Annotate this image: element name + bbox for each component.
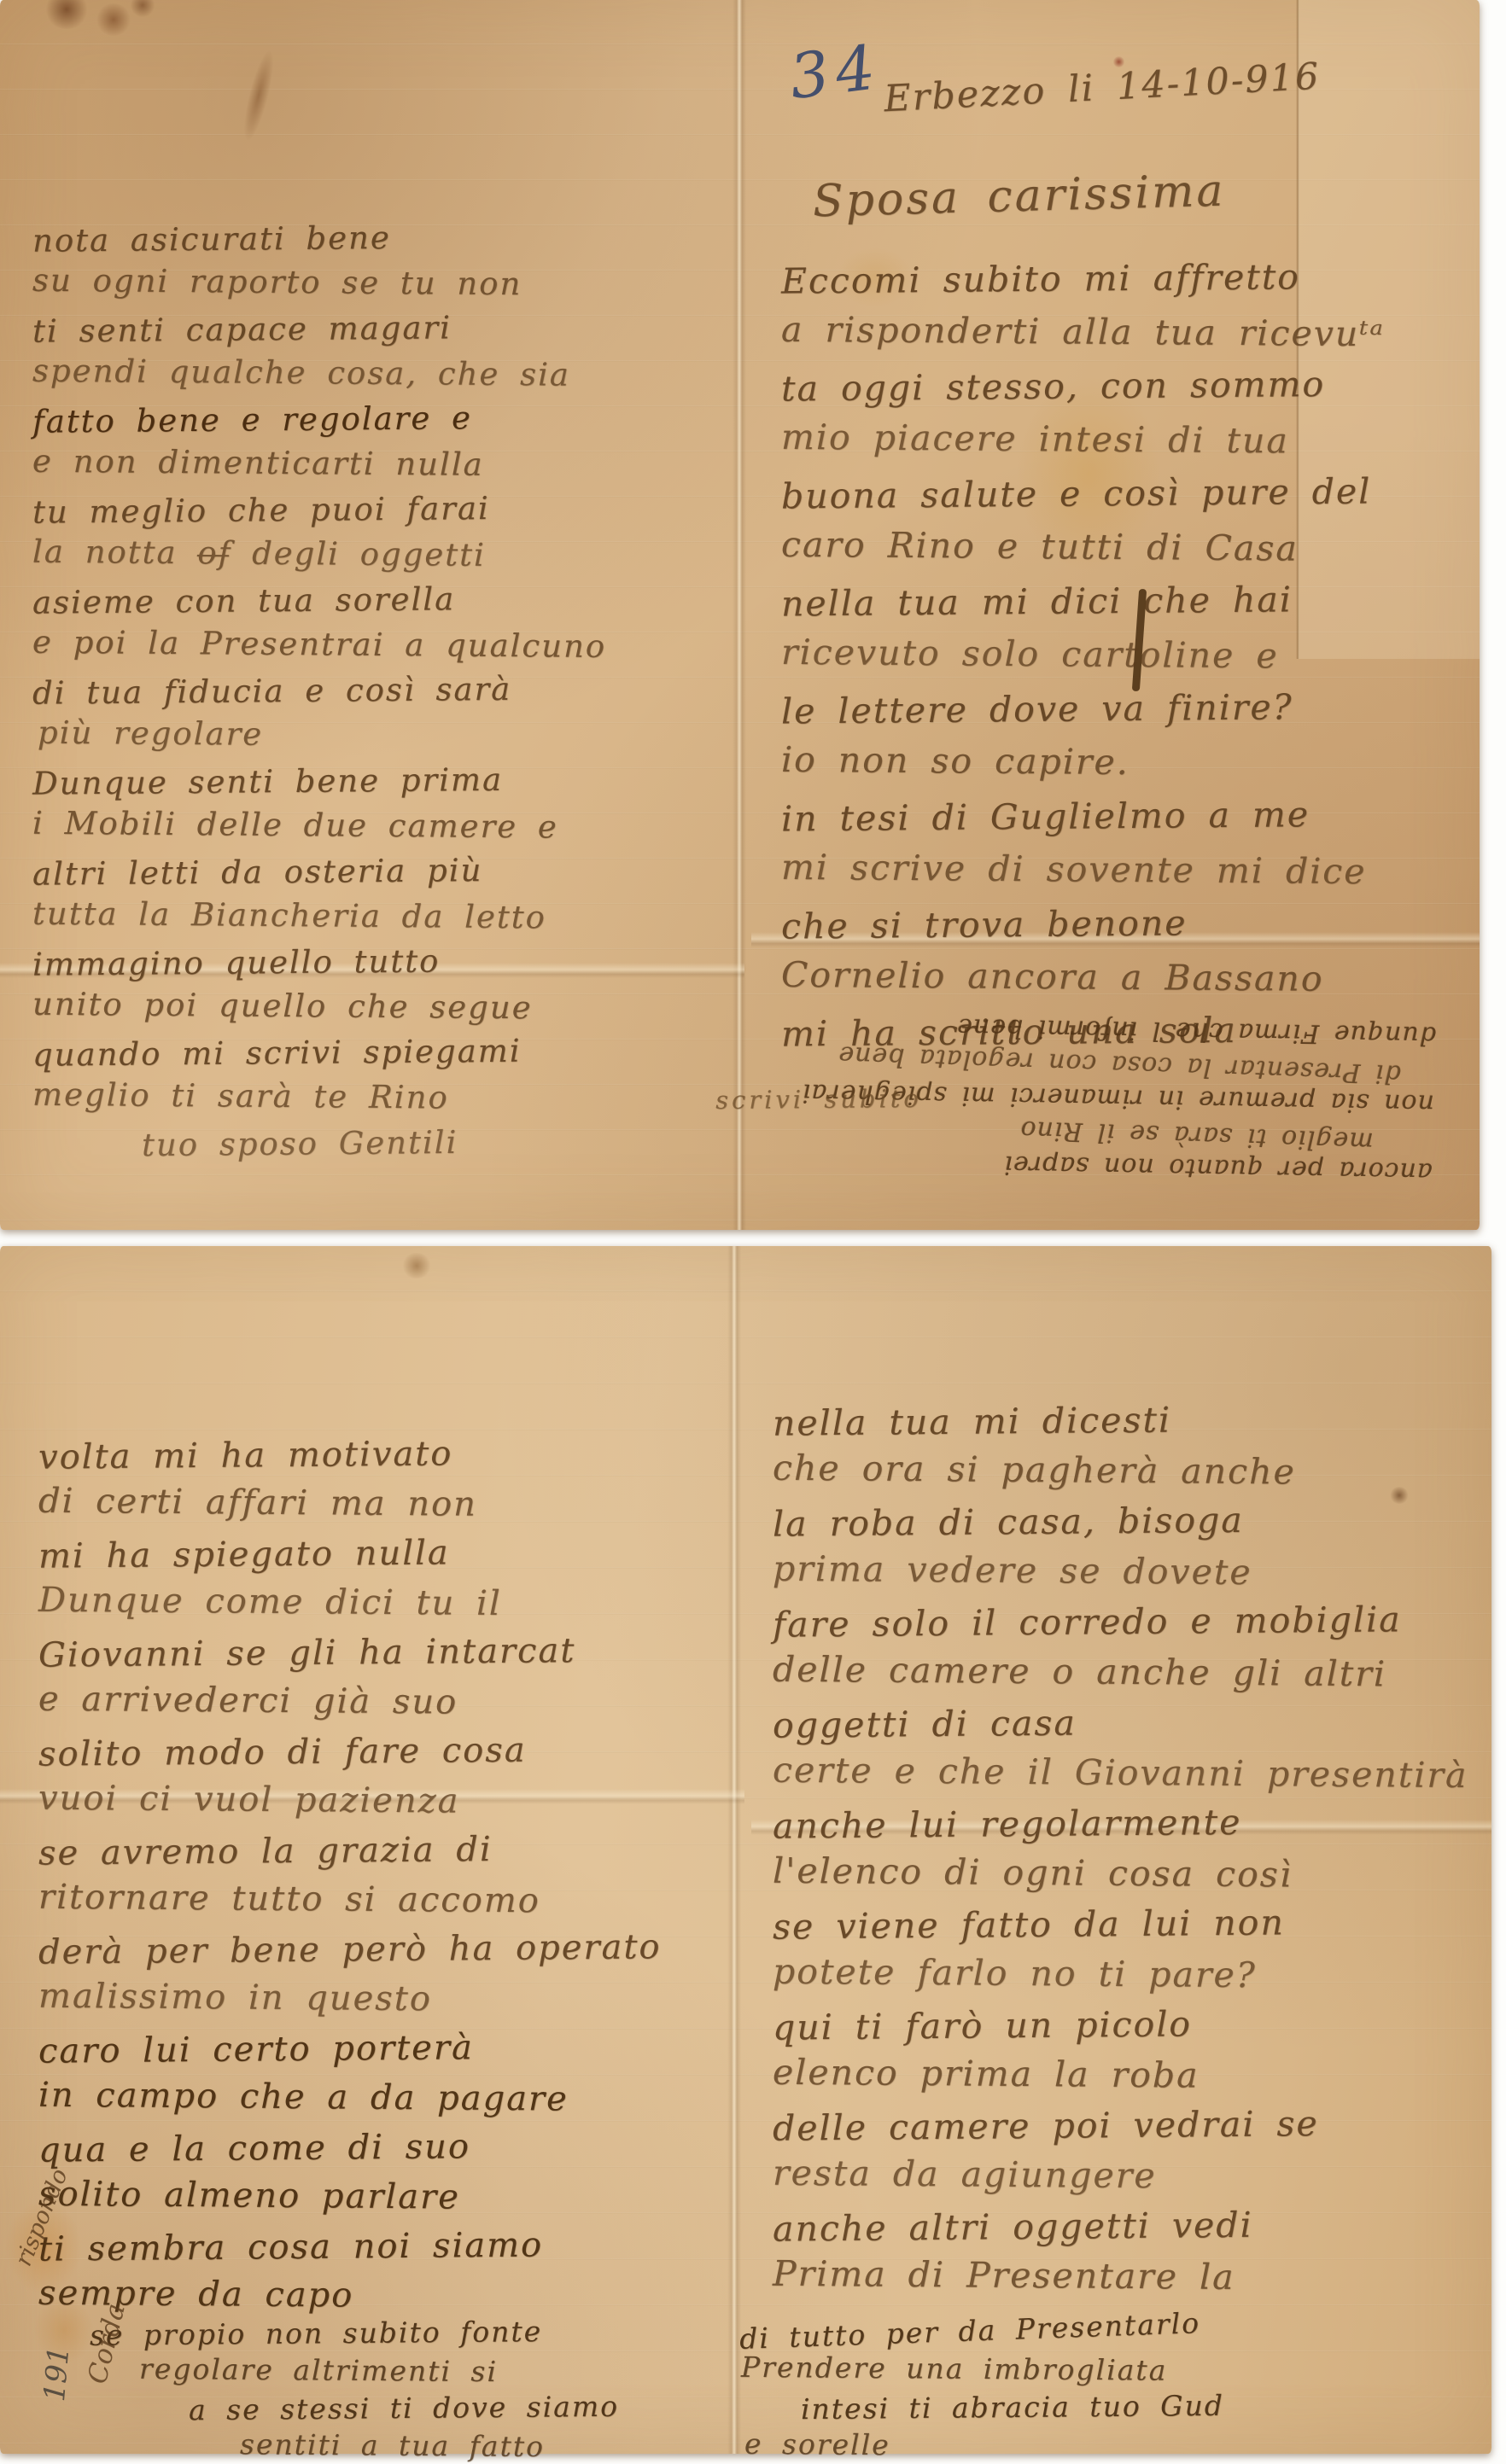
handwriting-line: Dunque senti bene prima	[32, 754, 750, 806]
stain	[96, 3, 131, 36]
handwriting-line: caro Rino e tutti di Casa	[781, 518, 1473, 577]
handwriting-line: che si trova benone	[781, 894, 1474, 953]
bottom-sheet-left-page-cramped-text: se propio non subito fonteregolare altri…	[90, 2315, 619, 2464]
handwriting-line: i Mobili delle due camere e	[32, 801, 750, 852]
handwriting-line: di tua fiducia e così sarà	[32, 664, 750, 715]
handwriting-line: nota asicurati bene	[32, 212, 750, 263]
handwriting-line: immagino quello tutto	[32, 935, 750, 987]
stain	[44, 0, 89, 29]
handwriting-line: in tesi di Guglielmo a me	[781, 786, 1474, 846]
handwriting-line: qui ti farò un picolo	[773, 1996, 1490, 2053]
handwriting-line: mi scrive di sovente mi dice	[781, 841, 1473, 900]
handwriting-line: anche lui regolarmente	[773, 1795, 1490, 1851]
salutation: Sposa carissima	[812, 166, 1226, 228]
page-number-annotation: 34	[785, 31, 885, 113]
handwriting-line: di certi affari ma non	[38, 1477, 756, 1532]
handwriting-line: fatto bene e regolare e	[32, 393, 750, 444]
handwriting-line: ritornare tutto si accomo	[38, 1873, 756, 1928]
handwriting-line: e poi la Presentrai a qualcuno	[32, 620, 750, 671]
handwriting-line: caro lui certo porterà	[38, 2020, 756, 2076]
handwriting-line: a risponderti alla tua ricevuᵗᵃ	[781, 303, 1473, 362]
handwriting-line: e sorelle	[744, 2425, 1224, 2464]
handwriting-line: regolare altrimenti si	[139, 2350, 619, 2391]
handwriting-line: se viene fatto da lui non	[773, 1896, 1490, 1952]
bottom-sheet-left-page-text: volta mi ha motivatodi certi affari ma n…	[38, 1430, 756, 2321]
handwriting-line: che ora si pagherà anche	[773, 1443, 1490, 1500]
left-margin-note: 191	[38, 2345, 77, 2403]
handwriting-line: e arrivederci già suo	[38, 1675, 756, 1730]
handwriting-line: sentiti a tua fatto	[240, 2426, 619, 2464]
handwriting-line: vuoi ci vuol pazienza	[38, 1774, 756, 1829]
handwriting-line: nella tua mi dicesti	[773, 1392, 1490, 1448]
handwriting-line: Prendere una imbrogliata	[741, 2348, 1224, 2390]
handwriting-line: meglio ti sarà te Rino	[32, 1072, 750, 1123]
handwriting-line: malissimo in questo	[38, 1972, 756, 2027]
handwriting-line: solito modo di fare cosa	[38, 1723, 756, 1779]
handwriting-line: Prima di Presentare la	[773, 2249, 1490, 2305]
bottom-sheet-right-page-cramped-text: di tutto per da PresentarloPrendere una …	[741, 2311, 1224, 2464]
handwriting-line: a se stessi ti dove siamo	[189, 2388, 619, 2429]
handwriting-line: volta mi ha motivato	[38, 1426, 756, 1482]
handwriting-line: su ogni raporto se tu non	[32, 258, 750, 309]
handwriting-line: spendi qualche cosa, che sia	[32, 348, 750, 399]
handwriting-line: certe e che il Giovanni presentirà	[773, 1745, 1490, 1802]
handwriting-line: tuo sposo Gentili	[142, 1117, 750, 1168]
handwriting-line: mio piacere intesi di tua	[781, 411, 1473, 469]
handwriting-line: potete farlo no ti pare?	[773, 1947, 1490, 2003]
handwriting-line: se avremo la grazia di	[38, 1822, 756, 1878]
handwriting-line: Giovanni se gli ha intarcat	[38, 1624, 756, 1680]
handwriting-line: altri letti da osteria più	[32, 845, 750, 896]
handwriting-line: derà per bene però ha operato	[38, 1921, 756, 1977]
handwriting-line: la notta o̶f̶ degli oggetti	[32, 529, 750, 580]
bottom-sheet-right-page-text: nella tua mi dicestiche ora si pagherà a…	[773, 1395, 1490, 2302]
handwriting-line: qua e la come di suo	[38, 2119, 756, 2175]
handwriting-line: quando mi scrivi spiegami	[32, 1026, 750, 1077]
handwriting-line: solito almeno parlare	[38, 2170, 756, 2225]
handwriting-line: in campo che a da pagare	[38, 2071, 756, 2126]
handwriting-line: Eccomi subito mi affretto	[781, 248, 1474, 308]
handwriting-line: asieme con tua sorella	[32, 574, 750, 625]
handwriting-line: Cornelio ancora a Bassano	[781, 948, 1473, 1007]
handwriting-line: se propio non subito fonte	[90, 2312, 619, 2354]
handwriting-line: nella tua mi dici che hai	[781, 571, 1474, 631]
handwriting-line: buona salute e così pure del	[781, 463, 1474, 523]
handwriting-line: ricevuto solo cartoline e	[781, 626, 1473, 684]
handwriting-line: Dunque come dici tu il	[38, 1576, 756, 1631]
handwriting-line: io non so capire.	[781, 733, 1473, 792]
handwriting-line: ta oggi stesso, con sommo	[781, 356, 1474, 416]
handwriting-line: prima vedere se dovete	[773, 1544, 1490, 1600]
handwriting-line: anche altri oggetti vedi	[773, 2198, 1490, 2254]
letter-scan-canvas: 34 Erbezzo li 14-10-916 Sposa carissima …	[0, 0, 1506, 2464]
stain	[130, 0, 155, 17]
handwriting-line: e non dimenticarti nulla	[32, 439, 750, 490]
handwriting-line: tu meglio che puoi farai	[32, 483, 750, 534]
handwriting-line: delle camere o anche gli altri	[773, 1645, 1490, 1701]
handwriting-line: fare solo il corredo e mobiglia	[773, 1593, 1490, 1650]
handwriting-line: più regolare	[38, 710, 750, 761]
handwriting-line: le lettere dove va finire?	[781, 679, 1474, 738]
handwriting-line: la roba di casa, bisoga	[773, 1493, 1490, 1549]
handwriting-line: tutta la Biancheria da letto	[32, 891, 750, 942]
stain	[238, 49, 278, 143]
stain	[401, 1253, 432, 1279]
handwriting-line: delle camere poi vedrai se	[773, 2097, 1490, 2153]
handwriting-line: ti senti capace magari	[32, 302, 750, 353]
fold-margin-note: scrivi subito	[715, 1084, 922, 1115]
handwriting-line: resta da agiungere	[773, 2148, 1490, 2205]
handwriting-line: oggetti di casa	[773, 1694, 1490, 1750]
handwriting-line: elenco prima la roba	[773, 2048, 1490, 2104]
handwriting-line: ti sembra cosa noi siamo	[38, 2218, 756, 2274]
handwriting-line: unito poi quello che segue	[32, 982, 750, 1033]
handwriting-line: intesi ti abracia tuo Gud	[801, 2386, 1224, 2428]
top-sheet-right-page-text: Eccomi subito mi affrettoa risponderti a…	[781, 252, 1473, 1058]
handwriting-line: mi ha spiegato nulla	[38, 1525, 756, 1581]
handwriting-line: l'elenco di ogni cosa così	[773, 1846, 1490, 1902]
top-sheet-left-page-text: nota asicurati benesu ogni raporto se tu…	[32, 215, 750, 1165]
